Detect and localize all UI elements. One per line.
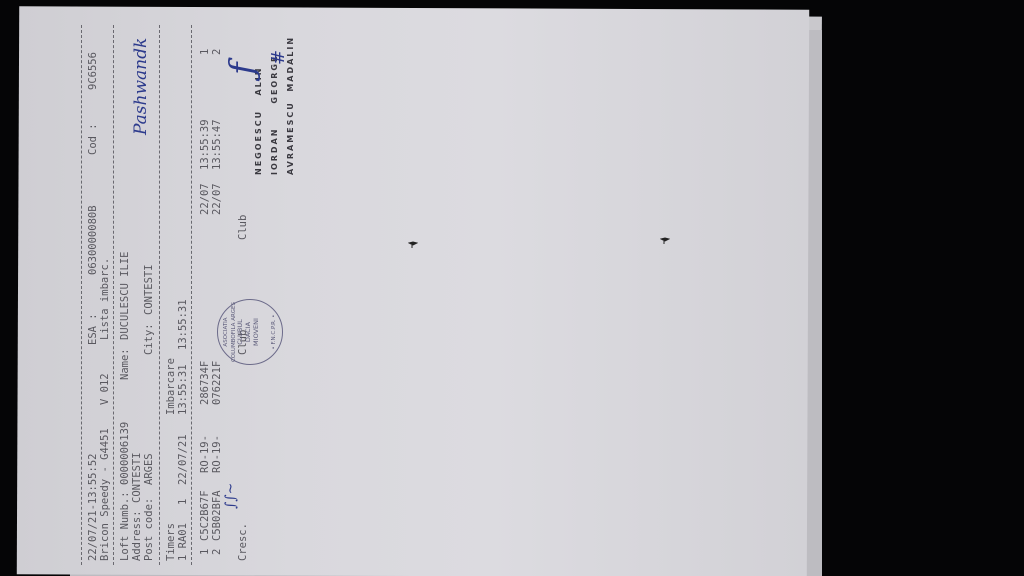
timer-date: 22/07/21 — [177, 434, 189, 485]
address-value: CONTESTI — [131, 452, 143, 503]
cresc-signature-icon: ∫∫~ — [225, 483, 237, 509]
club-label: Club — [237, 215, 249, 240]
official-signature-icon: ƒ — [237, 62, 249, 75]
bird-1-index: 1 — [199, 549, 211, 555]
bird-1-ring-prefix: RO-19- — [199, 435, 211, 473]
ink-mark-icon — [408, 240, 418, 248]
cod-label: Cod : — [87, 123, 99, 155]
stamp-line-2: DACIA — [244, 300, 252, 364]
address-label: Address: — [131, 510, 143, 561]
timer-time-1: 13:55:31 — [177, 364, 189, 415]
timer-id: 1 RA01 — [177, 523, 189, 561]
official-initials-icon: # — [273, 50, 285, 65]
bird-1-date: 22/07 — [199, 183, 211, 215]
device-name: Bricon Speedy - G4451 — [99, 428, 111, 561]
club-stamp: ASOCIATIA COLUMBOFILA ARGES CLUBUL DACIA… — [217, 299, 283, 365]
bird-2-time: 13:55:47 — [211, 119, 223, 170]
handwritten-note: Pashwandk — [135, 38, 147, 135]
timers-label: Timers — [165, 523, 177, 561]
official-1: NEGOESCU ALIN — [253, 67, 265, 175]
timer-count: 1 — [177, 499, 189, 505]
bird-2-chip: C5B02BFA — [211, 490, 223, 541]
dashed-divider — [191, 25, 192, 565]
postcode-value: ARGES — [143, 453, 155, 485]
imbarcare-label: Imbarcare — [165, 358, 177, 415]
cresc-label: Cresc. — [237, 523, 249, 561]
bird-2-ring-number: 076221F — [211, 361, 223, 405]
clocking-sheet: 22/07/21-13:55:52 ESA : 0630000080B Cod … — [77, 5, 327, 565]
loft-value: 0000006139 — [119, 422, 131, 485]
bird-2-ring-prefix: RO-19- — [211, 435, 223, 473]
esa-label: ESA : — [87, 313, 99, 345]
bird-1-order: 1 — [199, 49, 211, 55]
dashed-divider — [113, 25, 114, 565]
dashed-divider — [159, 25, 160, 565]
city-value: CONTESTI — [143, 264, 155, 315]
official-2: IORDAN GEORGE — [269, 55, 281, 175]
bird-1-time: 13:55:39 — [199, 119, 211, 170]
ink-mark-icon — [660, 236, 670, 244]
header-datetime: 22/07/21-13:55:52 — [87, 454, 99, 561]
postcode-label: Post code: — [143, 498, 155, 561]
loft-label: Loft Numb.: — [119, 491, 131, 561]
name-label: Name: — [119, 348, 131, 380]
city-label: City: — [143, 323, 155, 355]
cod-value: 9C6556 — [87, 52, 99, 90]
stamp-line-3: MIOVENI — [252, 300, 260, 364]
bird-1-chip: C5C2B67F — [199, 490, 211, 541]
list-title: Lista imbarc. — [99, 258, 111, 340]
timer-time-2: 13:55:31 — [177, 299, 189, 350]
name-value: DUCULESCU ILIE — [119, 251, 131, 340]
stamp-line-1: CLUBUL — [236, 300, 244, 364]
dashed-divider — [81, 25, 82, 565]
esa-value: 0630000080B — [87, 205, 99, 275]
bird-2-index: 2 — [211, 549, 223, 555]
device-version: V 012 — [99, 373, 111, 405]
bird-1-ring-number: 286734F — [199, 361, 211, 405]
bird-2-order: 2 — [211, 49, 223, 55]
bird-2-date: 22/07 — [211, 183, 223, 215]
stamp-ring-bottom: • F.N.C.P.R. • — [270, 300, 278, 364]
